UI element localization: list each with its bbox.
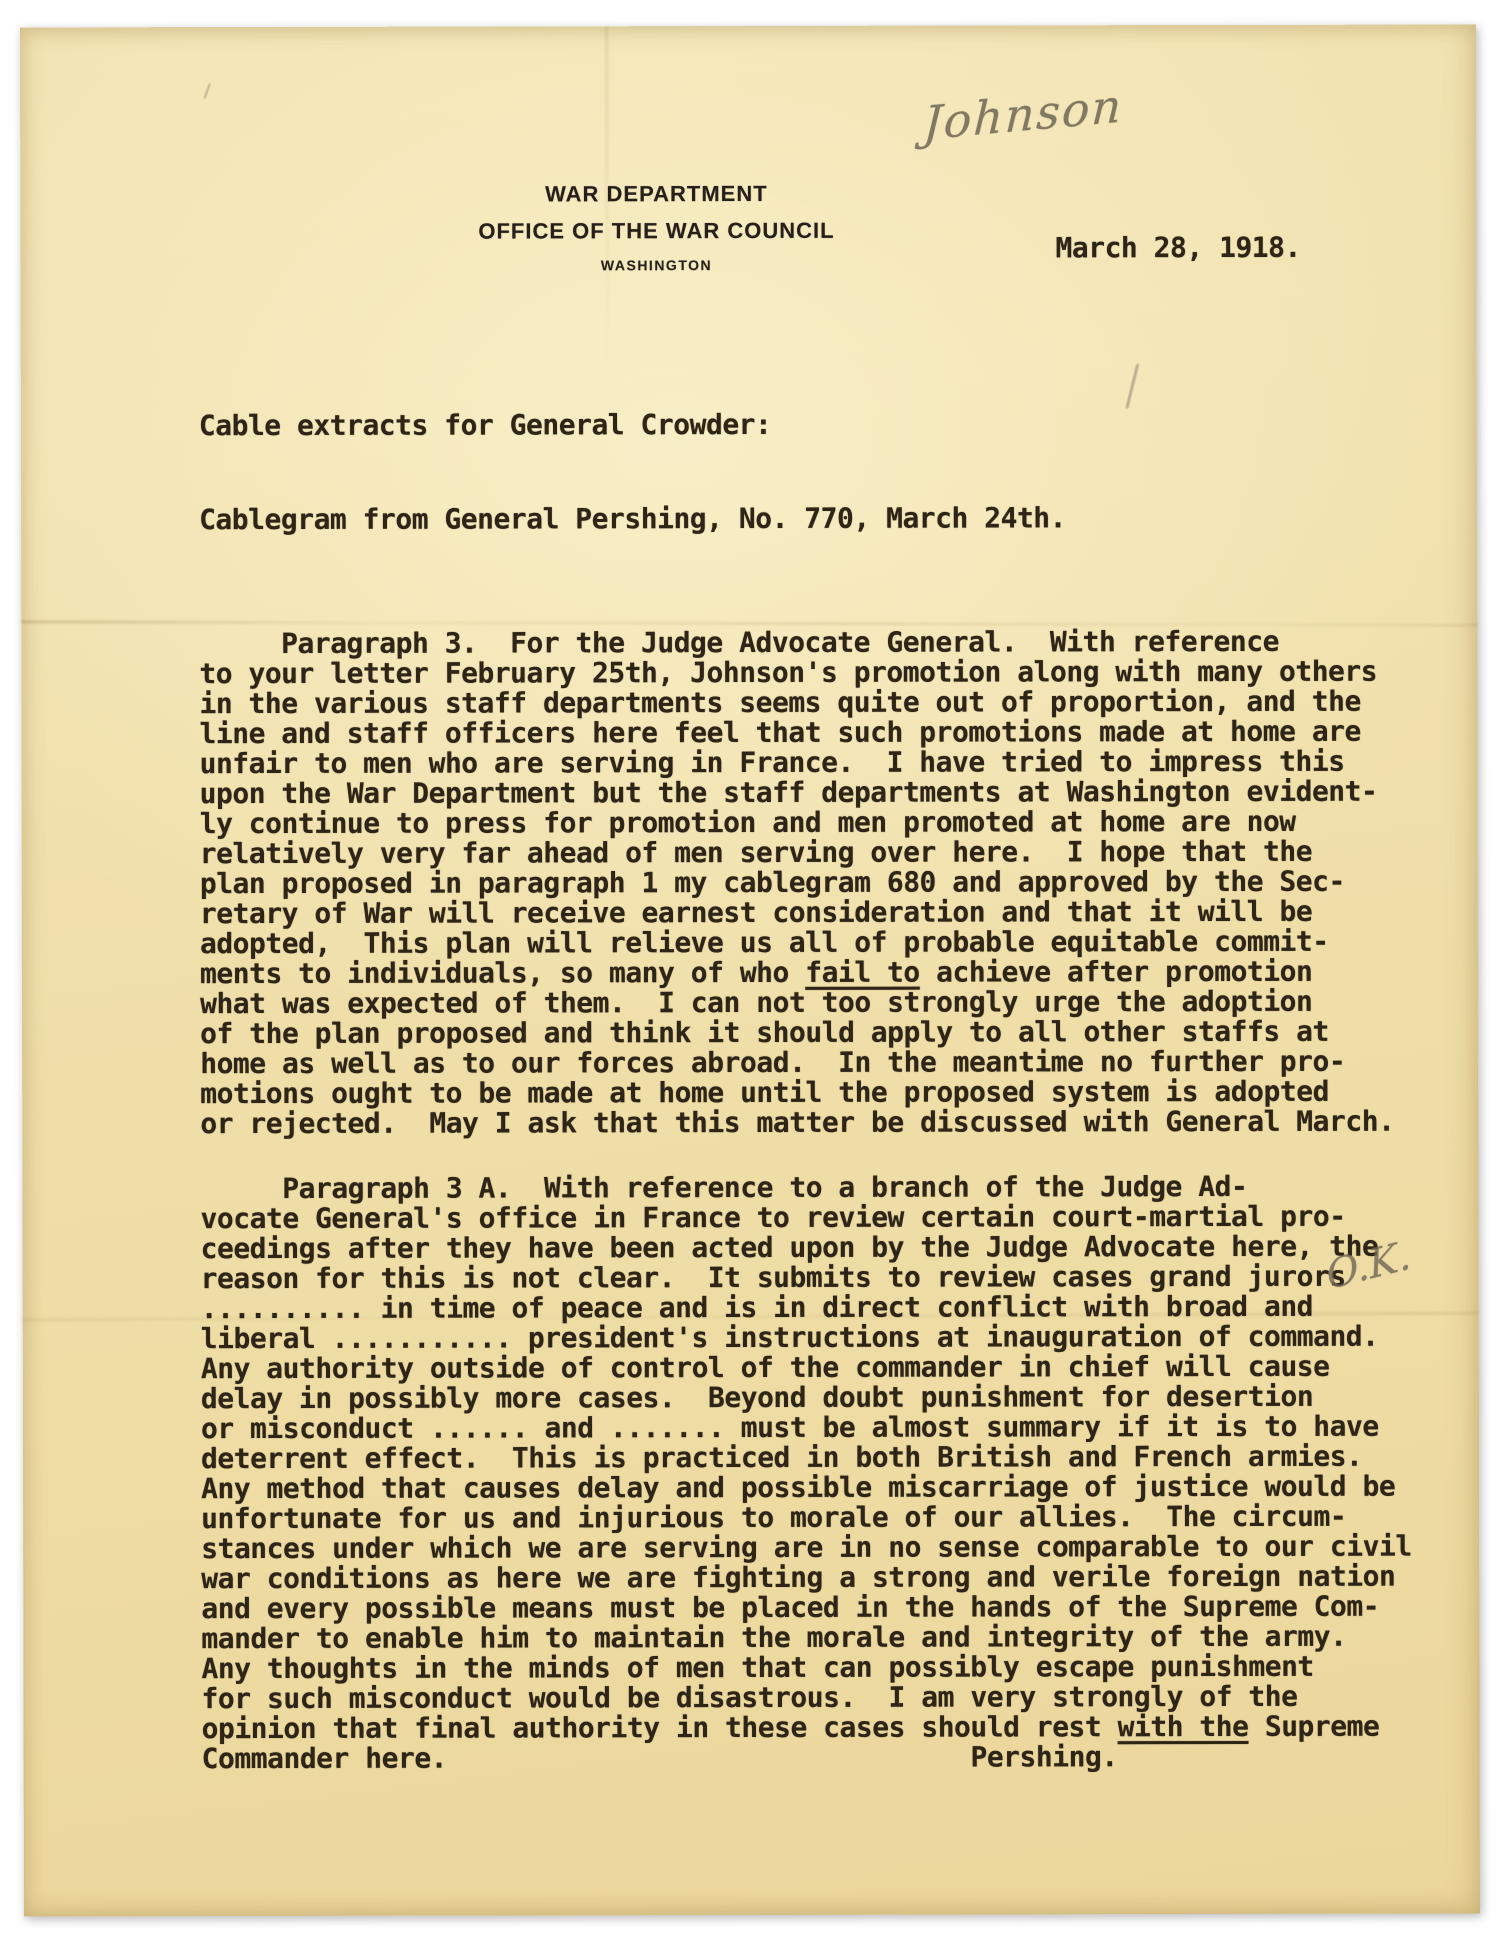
scan-background: Johnson WAR DEPARTMENT OFFICE OF THE WAR… [0,0,1500,1948]
document-paper: Johnson WAR DEPARTMENT OFFICE OF THE WAR… [20,24,1480,1916]
typed-line: opinion that final authority in these ca… [202,1712,1413,1745]
letterhead-department: WAR DEPARTMENT [20,180,1292,209]
typed-body: Paragraph 3. For the Judge Advocate Gene… [199,627,1412,1775]
pencil-tick-mark [203,83,210,99]
paragraph-2: Paragraph 3 A. With reference to a branc… [200,1172,1412,1775]
subject-line: Cablegram from General Pershing, No. 770… [199,501,1066,536]
underlined-phrase: fail to [805,956,920,989]
date-line: March 28, 1918. [1055,231,1300,265]
handwritten-name-johnson: Johnson [922,78,1124,150]
salutation-line: Cable extracts for General Crowder: [199,408,772,442]
typed-line: Commander here. Pershing. [202,1742,1413,1775]
paragraph-1: Paragraph 3. For the Judge Advocate Gene… [199,627,1411,1140]
underlined-phrase: with the [1118,1710,1249,1743]
typed-line: or rejected. May I ask that this matter … [200,1107,1411,1140]
pencil-stray-mark [1125,364,1139,409]
